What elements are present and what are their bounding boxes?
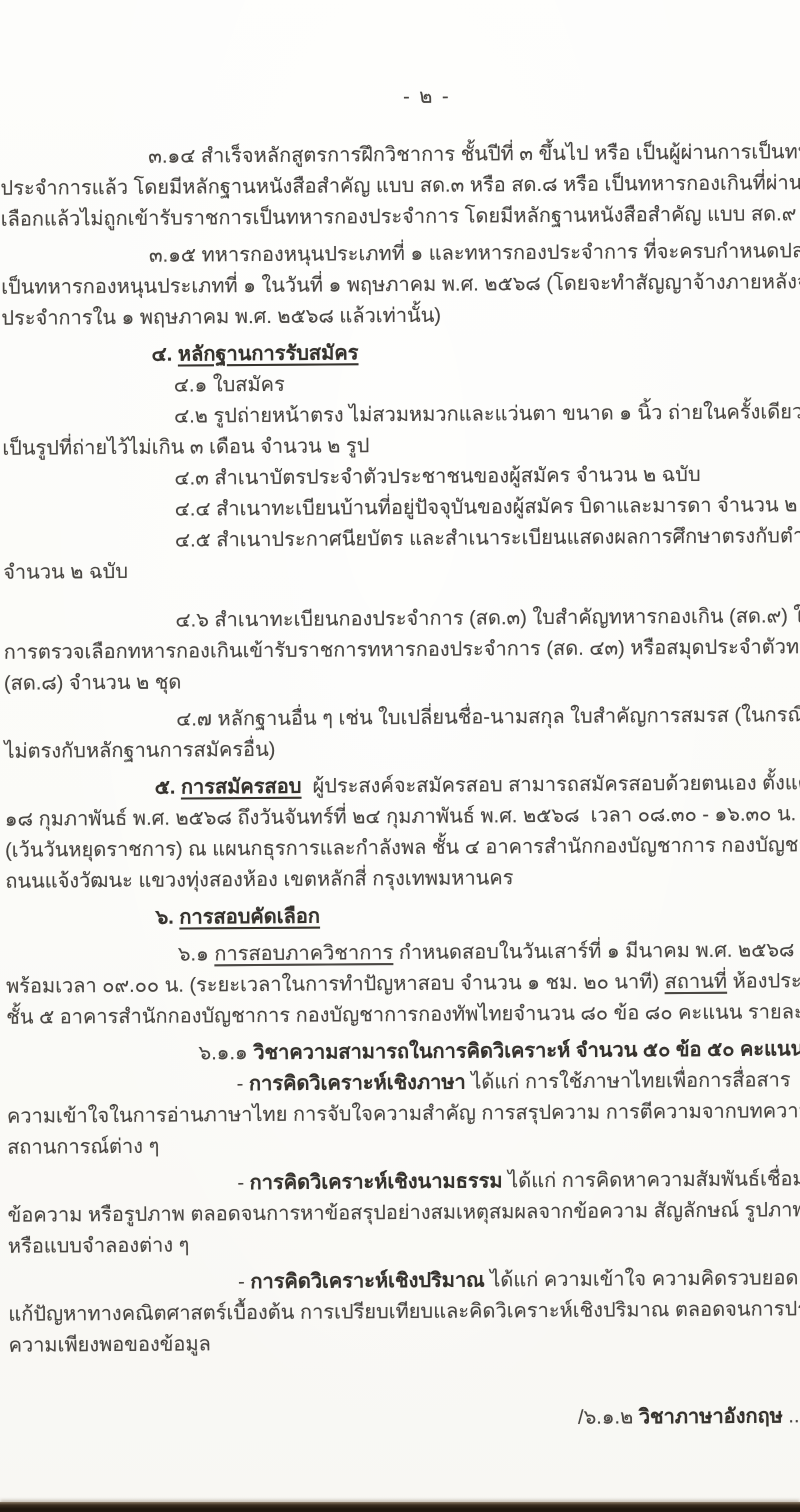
text-line: เลือกแล้วไม่ถูกเข้ารับราชการเป็นทหารกองป…: [0, 199, 800, 236]
page-number: - ๒ -: [0, 79, 800, 116]
text-line: ข้อความ หรือรูปภาพ ตลอดจนการหาข้อสรุปอย่…: [2, 1195, 800, 1232]
document-page: - ๒ - ๓.๑๔ สำเร็จหลักสูตรการฝึกวิชาการ ช…: [0, 0, 800, 1512]
text-run: ห้องประชุม ๒: [727, 970, 800, 993]
text-run: (สด.๘) จำนวน ๒ ชุด: [4, 672, 182, 695]
text-run: วิชาความสามารถในการคิดวิเคราะห์ จำนวน ๕๐…: [253, 1038, 800, 1064]
text-line: ๖. การสอบคัดเลือก: [0, 898, 800, 935]
text-line: ๔.๗ หลักฐานอื่น ๆ เช่น ใบเปลี่ยนชื่อ-นาม…: [0, 700, 800, 737]
document-body: ๓.๑๔ สำเร็จหลักสูตรการฝึกวิชาการ ชั้นปีท…: [0, 137, 800, 1362]
text-line: ความเพียงพอของข้อมูล: [2, 1325, 800, 1362]
text-run: ความเพียงพอของข้อมูล: [8, 1333, 210, 1356]
text-run: (เว้นวันหยุดราชการ) ณ แผนกธุรการและกำลัง…: [5, 833, 800, 862]
text-run: ...: [783, 1405, 800, 1427]
text-run: ๔.๗ หลักฐานอื่น ๆ เช่น ใบเปลี่ยนชื่อ-นาม…: [176, 703, 800, 730]
text-run: ๓.๑๕ ทหารกองหนุนประเภทที่ ๑ และทหารกองปร…: [149, 240, 800, 267]
text-run: เป็นทหารกองหนุนประเภทที่ ๑ ในวันที่ ๑ พฤ…: [1, 271, 800, 299]
text-run: วิชาภาษาอังกฤษ: [639, 1405, 783, 1428]
text-run: การคิดวิเคราะห์เชิงภาษา: [249, 1072, 466, 1096]
text-run: ได้แก่ ความเข้าใจ ความคิดรวบยอด และ: [485, 1267, 800, 1291]
text-run: ๔.๒ รูปถ่ายหน้าตรง ไม่สวมหมวกและแว่นตา ข…: [174, 400, 800, 427]
text-line: ประจำการใน ๑ พฤษภาคม พ.ศ. ๒๕๖๘ แล้วเท่าน…: [0, 298, 800, 335]
text-run: พร้อมเวลา ๐๙.๐๐ น. (ระยะเวลาในการทำปัญหา…: [6, 971, 665, 998]
text-run: การสอบภาควิชาการ: [214, 942, 393, 965]
text-run: การตรวจเลือกทหารกองเกินเข้ารับราชการทหาร…: [4, 635, 800, 663]
text-line: เป็นทหารกองหนุนประเภทที่ ๑ ในวันที่ ๑ พฤ…: [0, 267, 800, 304]
text-run: การสอบคัดเลือก: [179, 906, 320, 929]
text-run: จำนวน ๒ ฉบับ: [3, 561, 128, 584]
text-run: ๔.๕ สำเนาประกาศนียบัตร และสำเนาระเบียนแส…: [175, 524, 800, 551]
text-line: ไม่ตรงกับหลักฐานการสมัครอื่น): [0, 731, 800, 768]
text-run: การสมัครสอบ: [181, 776, 302, 799]
text-line: จำนวน ๒ ฉบับ: [0, 552, 800, 589]
text-line: ความเข้าใจในการอ่านภาษาไทย การจับใจความส…: [1, 1096, 800, 1133]
text-run: ๖.๑.๑: [198, 1042, 253, 1064]
text-run: ๖.๑: [178, 943, 215, 965]
text-run: ผู้ประสงค์จะสมัครสอบ สามารถสมัครสอบด้วยต…: [301, 771, 800, 797]
text-run: หรือแบบจำลองต่าง ๆ: [8, 1234, 190, 1257]
text-run: ถนนแจ้งวัฒนะ แขวงทุ่งสองห้อง เขตหลักสี่ …: [5, 867, 513, 893]
text-line: ถนนแจ้งวัฒนะ แขวงทุ่งสองห้อง เขตหลักสี่ …: [0, 861, 800, 898]
text-run: ๑๘ กุมภาพันธ์ พ.ศ. ๒๕๖๘ ถึงวันจันทร์ที่ …: [5, 803, 796, 831]
text-run: ไม่ตรงกับหลักฐานการสมัครอื่น): [4, 739, 275, 763]
text-run: ๔.๖ สำเนาทะเบียนกองประจำการ (สด.๓) ใบสำค…: [175, 605, 800, 632]
text-run: ๔.๓ สำเนาบัตรประจำตัวประชาชนของผู้สมัคร …: [174, 464, 700, 490]
text-run: ๔.: [152, 344, 178, 366]
text-run: ๕.: [155, 777, 181, 799]
text-line: ชั้น ๕ อาคารสำนักกองบัญชาการ กองบัญชาการ…: [0, 997, 800, 1034]
text-line: สถานการณ์ต่าง ๆ: [1, 1127, 800, 1164]
text-run: -: [238, 1271, 250, 1293]
text-run: การคิดวิเคราะห์เชิงนามธรรม: [250, 1170, 503, 1194]
text-run: ๔.๔ สำเนาทะเบียนบ้านที่อยู่ปัจจุบันของผู…: [175, 494, 800, 521]
text-run: การคิดวิเคราะห์เชิงปริมาณ: [250, 1269, 485, 1293]
text-run: ประจำการใน ๑ พฤษภาคม พ.ศ. ๒๕๖๘ แล้วเท่าน…: [1, 305, 441, 330]
text-run: /๖.๑.๒: [578, 1406, 639, 1428]
text-run: ความเข้าใจในการอ่านภาษาไทย การจับใจความส…: [7, 1099, 800, 1127]
text-run: สถานการณ์ต่าง ๆ: [7, 1136, 159, 1159]
text-run: เลือกแล้วไม่ถูกเข้ารับราชการเป็นทหารกองป…: [1, 202, 800, 230]
text-run: กำหนดสอบในวันเสาร์ที่ ๑ มีนาคม พ.ศ. ๒๕๖๘…: [393, 938, 800, 964]
text-run: ประจำการแล้ว โดยมีหลักฐานหนังสือสำคัญ แบ…: [0, 172, 800, 200]
text-line: การตรวจเลือกทหารกองเกินเข้ารับราชการทหาร…: [0, 632, 800, 669]
text-run: หลักฐานการรับสมัคร: [178, 342, 359, 365]
text-line: หรือแบบจำลองต่าง ๆ: [2, 1226, 800, 1263]
continuation-note: /๖.๑.๒ วิชาภาษาอังกฤษ ...: [578, 1401, 800, 1434]
text-line: (เว้นวันหยุดราชการ) ณ แผนกธุรการและกำลัง…: [0, 830, 800, 867]
scanned-sheet: - ๒ - ๓.๑๔ สำเร็จหลักสูตรการฝึกวิชาการ ช…: [0, 0, 800, 1362]
text-run: -: [237, 1172, 249, 1194]
text-run: ชั้น ๕ อาคารสำนักกองบัญชาการ กองบัญชาการ…: [6, 1001, 800, 1029]
scan-page-bottom-edge: [0, 1502, 800, 1512]
text-run: เป็นรูปที่ถ่ายไว้ไม่เกิน ๓ เดือน จำนวน ๒…: [2, 435, 369, 460]
text-line: ๔.๕ สำเนาประกาศนียบัตร และสำเนาระเบียนแส…: [0, 521, 800, 558]
text-run: ได้แก่ การคิดหาความสัมพันธ์เชื่อมโยงคำ: [502, 1168, 800, 1193]
text-run: สถานที่: [665, 971, 728, 993]
text-line: แก้ปัญหาทางคณิตศาสตร์เบื้องต้น การเปรียบ…: [2, 1294, 800, 1331]
text-run: แก้ปัญหาทางคณิตศาสตร์เบื้องต้น การเปรียบ…: [8, 1298, 800, 1326]
text-run: ได้แก่ การใช้ภาษาไทยเพื่อการสื่อสาร: [466, 1069, 791, 1093]
text-run: -: [237, 1073, 249, 1095]
text-line: ๔.๒ รูปถ่ายหน้าตรง ไม่สวมหมวกและแว่นตา ข…: [0, 397, 800, 434]
text-run: ๖.: [155, 907, 179, 929]
text-run: ๔.๑ ใบสมัคร: [174, 374, 285, 397]
text-line: (สด.๘) จำนวน ๒ ชุด: [0, 663, 800, 700]
text-run: ๓.๑๔ สำเร็จหลักสูตรการฝึกวิชาการ ชั้นปีท…: [148, 141, 800, 168]
text-run: ข้อความ หรือรูปภาพ ตลอดจนการหาข้อสรุปอย่…: [8, 1198, 800, 1226]
